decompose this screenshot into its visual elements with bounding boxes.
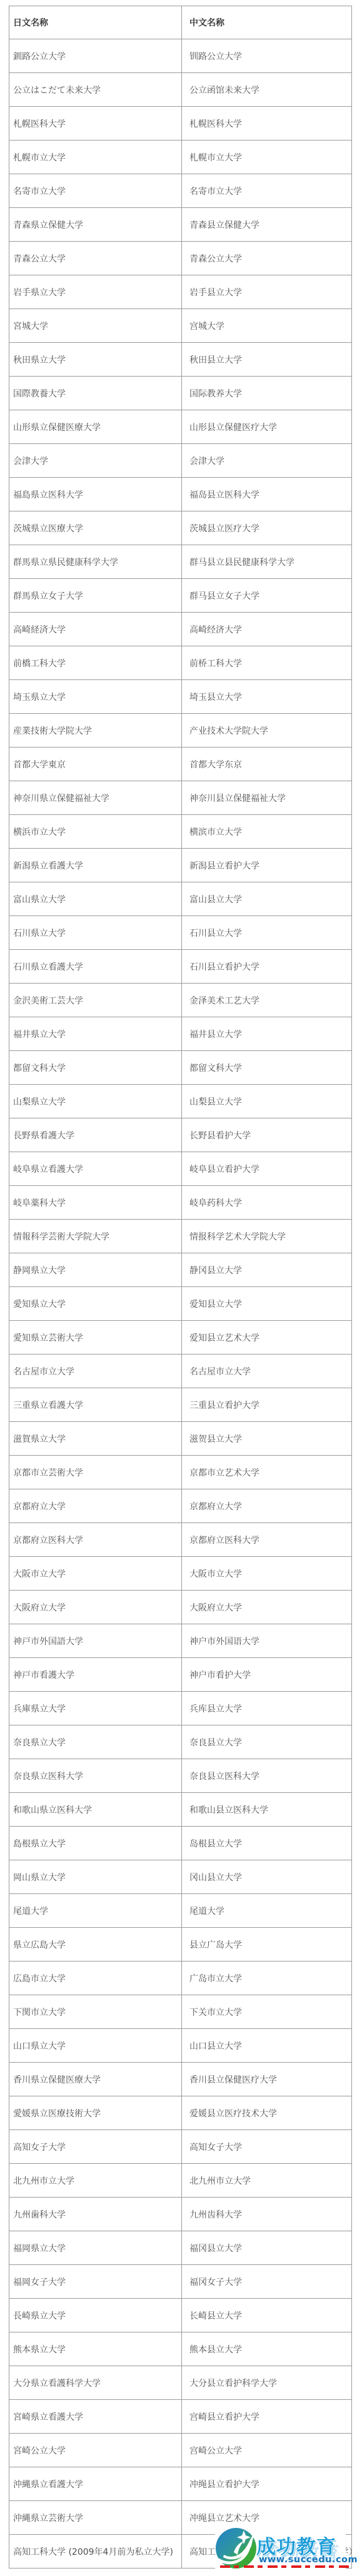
cell-japanese-name: 静岡県立大学: [9, 1253, 182, 1287]
cell-japanese-name: 神奈川県立保健福祉大学: [9, 781, 182, 815]
table-row: 釧路公立大学 钏路公立大学: [9, 39, 352, 73]
cell-chinese-name: 大分县立看护科学大学: [182, 2366, 352, 2400]
table-row: 北九州市立大学 北九州市立大学: [9, 2164, 352, 2198]
cell-japanese-name: 福岡女子大学: [9, 2265, 182, 2299]
cell-japanese-name: 横浜市立大学: [9, 815, 182, 849]
table-row: 愛知県立芸術大学 爱知县立艺术大学: [9, 1321, 352, 1355]
cell-japanese-name: 石川県立大学: [9, 916, 182, 950]
table-row: 青森公立大学 青森公立大学: [9, 242, 352, 275]
cell-chinese-name: 群马县立女子大学: [182, 579, 352, 613]
table-row: 埼玉県立大学 埼玉县立大学: [9, 680, 352, 714]
cell-chinese-name: 新潟县立看护大学: [182, 849, 352, 882]
table-row: 岩手県立大学 岩手县立大学: [9, 275, 352, 309]
table-row: 秋田県立大学 秋田县立大学: [9, 343, 352, 377]
cell-japanese-name: 名古屋市立大学: [9, 1355, 182, 1388]
table-row: 沖縄県立看護大学 冲绳县立看护大学: [9, 2467, 352, 2501]
cell-chinese-name: 名古屋市立大学: [182, 1355, 352, 1388]
cell-chinese-name: 首都大学东京: [182, 748, 352, 781]
cell-japanese-name: 国際教養大学: [9, 377, 182, 410]
table-row: 長野県看護大学 长野县看护大学: [9, 1118, 352, 1152]
table-row: 下関市立大学 下关市立大学: [9, 1995, 352, 2029]
cell-japanese-name: 山形県立保健医療大学: [9, 410, 182, 444]
clipped-red-text-strip: [220, 2565, 349, 2569]
table-row: 宮崎公立大学 宫崎公立大学: [9, 2434, 352, 2467]
cell-japanese-name: 新潟県立看護大学: [9, 849, 182, 882]
table-row: 新潟県立看護大学 新潟县立看护大学: [9, 849, 352, 882]
cell-chinese-name: 国际教养大学: [182, 377, 352, 410]
cell-japanese-name: 会津大学: [9, 444, 182, 478]
table-row: 石川県立大学 石川县立大学: [9, 916, 352, 950]
cell-chinese-name: 富山县立大学: [182, 882, 352, 916]
cell-japanese-name: 愛知県立大学: [9, 1287, 182, 1321]
table-row: 産業技術大学院大学 产业技术大学院大学: [9, 714, 352, 748]
cell-chinese-name: 岐阜药科大学: [182, 1186, 352, 1220]
table-header-row: 日文名称 中文名称: [9, 6, 352, 39]
cell-japanese-name: 沖縄県立芸術大学: [9, 2501, 182, 2535]
table-row: 神戸市看護大学 神户市看护大学: [9, 1658, 352, 1692]
table-row: 高知女子大学 高知女子大学: [9, 2130, 352, 2164]
cell-japanese-name: 富山県立大学: [9, 882, 182, 916]
cell-chinese-name: 金泽美术工艺大学: [182, 984, 352, 1017]
header-cell-chinese-name: 中文名称: [182, 6, 352, 39]
table-row: 愛媛県立医療技術大学 爱媛县立医疗技术大学: [9, 2096, 352, 2130]
cell-chinese-name: 京都府立医科大学: [182, 1523, 352, 1557]
cell-chinese-name: 情报科学艺术大学院大学: [182, 1220, 352, 1253]
cell-japanese-name: 三重県立看護大学: [9, 1388, 182, 1422]
table-row: 京都府立大学 京都府立大学: [9, 1489, 352, 1523]
table-row: 岐阜県立看護大学 岐阜县立看护大学: [9, 1152, 352, 1186]
cell-chinese-name: 岛根县立大学: [182, 1827, 352, 1860]
cell-japanese-name: 都留文科大学: [9, 1051, 182, 1085]
cell-chinese-name: 青森公立大学: [182, 242, 352, 275]
table-row: 山梨県立大学 山梨县立大学: [9, 1085, 352, 1118]
cell-japanese-name: 大阪府立大学: [9, 1591, 182, 1624]
cell-chinese-name: 静冈县立大学: [182, 1253, 352, 1287]
cell-japanese-name: 下関市立大学: [9, 1995, 182, 2029]
cell-chinese-name: 熊本县立大学: [182, 2332, 352, 2366]
table-row: 九州歯科大学 九州齿科大学: [9, 2198, 352, 2231]
cell-japanese-name: 京都府立大学: [9, 1489, 182, 1523]
cell-japanese-name: 高知工科大学 (2009年4月前为私立大学): [9, 2535, 182, 2569]
header-cell-japanese-name: 日文名称: [9, 6, 182, 39]
cell-chinese-name: 广岛市立大学: [182, 1962, 352, 1995]
cell-japanese-name: 群馬県立県民健康科学大学: [9, 545, 182, 579]
cell-japanese-name: 宮崎県立看護大学: [9, 2400, 182, 2434]
cell-chinese-name: 钏路公立大学: [182, 39, 352, 73]
succedu-logo-url: www.succedu.com: [259, 2555, 358, 2565]
cell-chinese-name: 群马县立县民健康科学大学: [182, 545, 352, 579]
cell-japanese-name: 前橋工科大学: [9, 646, 182, 680]
cell-japanese-name: 札幌医科大学: [9, 107, 182, 141]
cell-japanese-name: 県立広島大学: [9, 1928, 182, 1962]
table-row: 福岡県立大学 福冈县立大学: [9, 2231, 352, 2265]
cell-chinese-name: 县立广岛大学: [182, 1928, 352, 1962]
table-row: 群馬県立女子大学 群马县立女子大学: [9, 579, 352, 613]
cell-chinese-name: 京都市立艺术大学: [182, 1456, 352, 1489]
cell-japanese-name: 岡山県立大学: [9, 1860, 182, 1894]
cell-chinese-name: 神户市看护大学: [182, 1658, 352, 1692]
table-row: 前橋工科大学 前桥工科大学: [9, 646, 352, 680]
table-row: 静岡県立大学 静冈县立大学: [9, 1253, 352, 1287]
cell-japanese-name: 山梨県立大学: [9, 1085, 182, 1118]
cell-japanese-name: 福岡県立大学: [9, 2231, 182, 2265]
cell-japanese-name: 長崎県立大学: [9, 2299, 182, 2332]
table-row: 会津大学 会津大学: [9, 444, 352, 478]
cell-chinese-name: 冈山县立大学: [182, 1860, 352, 1894]
cell-chinese-name: 石川县立大学: [182, 916, 352, 950]
cell-chinese-name: 大阪市立大学: [182, 1557, 352, 1591]
cell-japanese-name: 九州歯科大学: [9, 2198, 182, 2231]
table-row: 県立広島大学 县立广岛大学: [9, 1928, 352, 1962]
cell-japanese-name: 情報科学芸術大学院大学: [9, 1220, 182, 1253]
table-row: 島根県立大学 岛根县立大学: [9, 1827, 352, 1860]
cell-chinese-name: 三重县立看护大学: [182, 1388, 352, 1422]
cell-chinese-name: 前桥工科大学: [182, 646, 352, 680]
cell-chinese-name: 福岛县立医科大学: [182, 478, 352, 511]
cell-japanese-name: 兵庫県立大学: [9, 1692, 182, 1725]
cell-chinese-name: 秋田县立大学: [182, 343, 352, 377]
cell-chinese-name: 滋贺县立大学: [182, 1422, 352, 1456]
cell-chinese-name: 冲绳县立看护大学: [182, 2467, 352, 2501]
cell-japanese-name: 愛知県立芸術大学: [9, 1321, 182, 1355]
cell-japanese-name: 熊本県立大学: [9, 2332, 182, 2366]
cell-japanese-name: 京都府立医科大学: [9, 1523, 182, 1557]
cell-chinese-name: 爱知县立大学: [182, 1287, 352, 1321]
table-row: 都留文科大学 都留文科大学: [9, 1051, 352, 1085]
cell-chinese-name: 福井县立大学: [182, 1017, 352, 1051]
cell-japanese-name: 岩手県立大学: [9, 275, 182, 309]
table-row: 岐阜薬科大学 岐阜药科大学: [9, 1186, 352, 1220]
cell-chinese-name: 高崎经济大学: [182, 613, 352, 646]
cell-chinese-name: 尾道大学: [182, 1894, 352, 1928]
cell-chinese-name: 香川县立保健医疗大学: [182, 2063, 352, 2096]
table-row: 京都府立医科大学 京都府立医科大学: [9, 1523, 352, 1557]
table-row: 香川県立保健医療大学 香川县立保健医疗大学: [9, 2063, 352, 2096]
cell-chinese-name: 宫崎公立大学: [182, 2434, 352, 2467]
table-row: 愛知県立大学 爱知县立大学: [9, 1287, 352, 1321]
cell-japanese-name: 産業技術大学院大学: [9, 714, 182, 748]
cell-japanese-name: 福井県立大学: [9, 1017, 182, 1051]
cell-japanese-name: 神戸市外国語大学: [9, 1624, 182, 1658]
cell-japanese-name: 埼玉県立大学: [9, 680, 182, 714]
cell-japanese-name: 名寄市立大学: [9, 174, 182, 208]
table-row: 茨城県立医療大学 茨城县立医疗大学: [9, 511, 352, 545]
cell-chinese-name: 长崎县立大学: [182, 2299, 352, 2332]
table-row: 大阪府立大学 大阪府立大学: [9, 1591, 352, 1624]
cell-japanese-name: 香川県立保健医療大学: [9, 2063, 182, 2096]
table-row: 石川県立看護大学 石川县立看护大学: [9, 950, 352, 984]
cell-japanese-name: 山口県立大学: [9, 2029, 182, 2063]
cell-chinese-name: 宫崎县立看护大学: [182, 2400, 352, 2434]
cell-chinese-name: 神奈川县立保健福祉大学: [182, 781, 352, 815]
table-row: 宮城大学 宫城大学: [9, 309, 352, 343]
cell-chinese-name: 会津大学: [182, 444, 352, 478]
table-row: 熊本県立大学 熊本县立大学: [9, 2332, 352, 2366]
table-header: 日文名称 中文名称: [9, 6, 352, 39]
table-row: 山口県立大学 山口县立大学: [9, 2029, 352, 2063]
cell-japanese-name: 大分県立看護科学大学: [9, 2366, 182, 2400]
table-row: 尾道大学 尾道大学: [9, 1894, 352, 1928]
cell-chinese-name: 公立函馆未来大学: [182, 73, 352, 107]
cell-chinese-name: 横滨市立大学: [182, 815, 352, 849]
table-row: 宮崎県立看護大学 宫崎县立看护大学: [9, 2400, 352, 2434]
cell-chinese-name: 奈良县立医科大学: [182, 1759, 352, 1793]
table-row: 高崎経済大学 高崎经济大学: [9, 613, 352, 646]
cell-chinese-name: 爱知县立艺术大学: [182, 1321, 352, 1355]
table-row: 国際教養大学 国际教养大学: [9, 377, 352, 410]
succedu-watermark-logo: 成功教育 成功教育 www.succedu.com: [215, 2527, 346, 2569]
table-row: 札幌市立大学 札幌市立大学: [9, 141, 352, 174]
cell-chinese-name: 埼玉县立大学: [182, 680, 352, 714]
table-row: 神戸市外国語大学 神户市外国语大学: [9, 1624, 352, 1658]
cell-japanese-name: 奈良県立医科大学: [9, 1759, 182, 1793]
cell-japanese-name: 宮城大学: [9, 309, 182, 343]
cell-japanese-name: 滋賀県立大学: [9, 1422, 182, 1456]
cell-chinese-name: 长野县看护大学: [182, 1118, 352, 1152]
cell-chinese-name: 山口县立大学: [182, 2029, 352, 2063]
cell-japanese-name: 高崎経済大学: [9, 613, 182, 646]
cell-chinese-name: 神户市外国语大学: [182, 1624, 352, 1658]
cell-japanese-name: 高知女子大学: [9, 2130, 182, 2164]
table-row: 岡山県立大学 冈山县立大学: [9, 1860, 352, 1894]
table-body: 釧路公立大学 钏路公立大学 公立はこだて未来大学 公立函馆未来大学 札幌医科大学…: [9, 39, 352, 2569]
cell-chinese-name: 兵库县立大学: [182, 1692, 352, 1725]
cell-japanese-name: 大阪市立大学: [9, 1557, 182, 1591]
table-row: 和歌山県立医科大学 和歌山县立医科大学: [9, 1793, 352, 1827]
cell-japanese-name: 沖縄県立看護大学: [9, 2467, 182, 2501]
table-row: 公立はこだて未来大学 公立函馆未来大学: [9, 73, 352, 107]
table-row: 滋賀県立大学 滋贺县立大学: [9, 1422, 352, 1456]
cell-chinese-name: 山梨县立大学: [182, 1085, 352, 1118]
cell-chinese-name: 青森县立保健大学: [182, 208, 352, 242]
cell-chinese-name: 奈良县立大学: [182, 1725, 352, 1759]
succedu-logo-icon: [215, 2527, 257, 2569]
cell-chinese-name: 高知女子大学: [182, 2130, 352, 2164]
cell-chinese-name: 北九州市立大学: [182, 2164, 352, 2198]
cell-chinese-name: 宫城大学: [182, 309, 352, 343]
cell-japanese-name: 岐阜薬科大学: [9, 1186, 182, 1220]
cell-japanese-name: 岐阜県立看護大学: [9, 1152, 182, 1186]
cell-japanese-name: 宮崎公立大学: [9, 2434, 182, 2467]
cell-japanese-name: 群馬県立女子大学: [9, 579, 182, 613]
cell-japanese-name: 石川県立看護大学: [9, 950, 182, 984]
table-row: 山形県立保健医療大学 山形县立保健医疗大学: [9, 410, 352, 444]
cell-chinese-name: 京都府立大学: [182, 1489, 352, 1523]
table-row: 京都市立芸術大学 京都市立艺术大学: [9, 1456, 352, 1489]
cell-japanese-name: 秋田県立大学: [9, 343, 182, 377]
cell-chinese-name: 茨城县立医疗大学: [182, 511, 352, 545]
table-row: 青森県立保健大学 青森县立保健大学: [9, 208, 352, 242]
cell-japanese-name: 広島市立大学: [9, 1962, 182, 1995]
table-row: 長崎県立大学 长崎县立大学: [9, 2299, 352, 2332]
cell-chinese-name: 名寄市立大学: [182, 174, 352, 208]
cell-japanese-name: 長野県看護大学: [9, 1118, 182, 1152]
page-root: 日文名称 中文名称 釧路公立大学 钏路公立大学 公立はこだて未来大学 公立函馆未…: [0, 0, 362, 2576]
cell-japanese-name: 島根県立大学: [9, 1827, 182, 1860]
cell-chinese-name: 山形县立保健医疗大学: [182, 410, 352, 444]
cell-japanese-name: 茨城県立医療大学: [9, 511, 182, 545]
table-row: 奈良県立医科大学 奈良县立医科大学: [9, 1759, 352, 1793]
cell-japanese-name: 神戸市看護大学: [9, 1658, 182, 1692]
table-row: 大分県立看護科学大学 大分县立看护科学大学: [9, 2366, 352, 2400]
table-row: 群馬県立県民健康科学大学 群马县立县民健康科学大学: [9, 545, 352, 579]
cell-chinese-name: 九州齿科大学: [182, 2198, 352, 2231]
cell-chinese-name: 下关市立大学: [182, 1995, 352, 2029]
cell-japanese-name: 京都市立芸術大学: [9, 1456, 182, 1489]
table-row: 大阪市立大学 大阪市立大学: [9, 1557, 352, 1591]
cell-japanese-name: 北九州市立大学: [9, 2164, 182, 2198]
cell-japanese-name: 奈良県立大学: [9, 1725, 182, 1759]
cell-japanese-name: 札幌市立大学: [9, 141, 182, 174]
cell-chinese-name: 爱媛县立医疗技术大学: [182, 2096, 352, 2130]
cell-chinese-name: 札幌医科大学: [182, 107, 352, 141]
cell-japanese-name: 首都大学東京: [9, 748, 182, 781]
table-row: 情報科学芸術大学院大学 情报科学艺术大学院大学: [9, 1220, 352, 1253]
cell-japanese-name: 釧路公立大学: [9, 39, 182, 73]
cell-japanese-name: 金沢美術工芸大学: [9, 984, 182, 1017]
cell-chinese-name: 产业技术大学院大学: [182, 714, 352, 748]
table-row: 福井県立大学 福井县立大学: [9, 1017, 352, 1051]
cell-japanese-name: 愛媛県立医療技術大学: [9, 2096, 182, 2130]
cell-chinese-name: 都留文科大学: [182, 1051, 352, 1085]
table-row: 広島市立大学 广岛市立大学: [9, 1962, 352, 1995]
table-row: 富山県立大学 富山县立大学: [9, 882, 352, 916]
cell-japanese-name: 青森公立大学: [9, 242, 182, 275]
table-row: 名古屋市立大学 名古屋市立大学: [9, 1355, 352, 1388]
cell-chinese-name: 福冈女子大学: [182, 2265, 352, 2299]
table-row: 横浜市立大学 横滨市立大学: [9, 815, 352, 849]
cell-japanese-name: 青森県立保健大学: [9, 208, 182, 242]
cell-japanese-name: 公立はこだて未来大学: [9, 73, 182, 107]
cell-chinese-name: 札幌市立大学: [182, 141, 352, 174]
table-row: 奈良県立大学 奈良县立大学: [9, 1725, 352, 1759]
table-row: 福島県立医科大学 福岛县立医科大学: [9, 478, 352, 511]
cell-chinese-name: 福冈县立大学: [182, 2231, 352, 2265]
cell-japanese-name: 和歌山県立医科大学: [9, 1793, 182, 1827]
table-row: 金沢美術工芸大学 金泽美术工艺大学: [9, 984, 352, 1017]
table-row: 兵庫県立大学 兵库县立大学: [9, 1692, 352, 1725]
table-row: 札幌医科大学 札幌医科大学: [9, 107, 352, 141]
cell-chinese-name: 大阪府立大学: [182, 1591, 352, 1624]
cell-japanese-name: 福島県立医科大学: [9, 478, 182, 511]
cell-chinese-name: 岩手县立大学: [182, 275, 352, 309]
table-row: 首都大学東京 首都大学东京: [9, 748, 352, 781]
table-row: 名寄市立大学 名寄市立大学: [9, 174, 352, 208]
table-row: 神奈川県立保健福祉大学 神奈川县立保健福祉大学: [9, 781, 352, 815]
universities-table: 日文名称 中文名称 釧路公立大学 钏路公立大学 公立はこだて未来大学 公立函馆未…: [9, 6, 352, 2569]
cell-chinese-name: 和歌山县立医科大学: [182, 1793, 352, 1827]
cell-chinese-name: 岐阜县立看护大学: [182, 1152, 352, 1186]
cell-chinese-name: 石川县立看护大学: [182, 950, 352, 984]
table-row: 三重県立看護大学 三重县立看护大学: [9, 1388, 352, 1422]
cell-japanese-name: 尾道大学: [9, 1894, 182, 1928]
table-row: 福岡女子大学 福冈女子大学: [9, 2265, 352, 2299]
